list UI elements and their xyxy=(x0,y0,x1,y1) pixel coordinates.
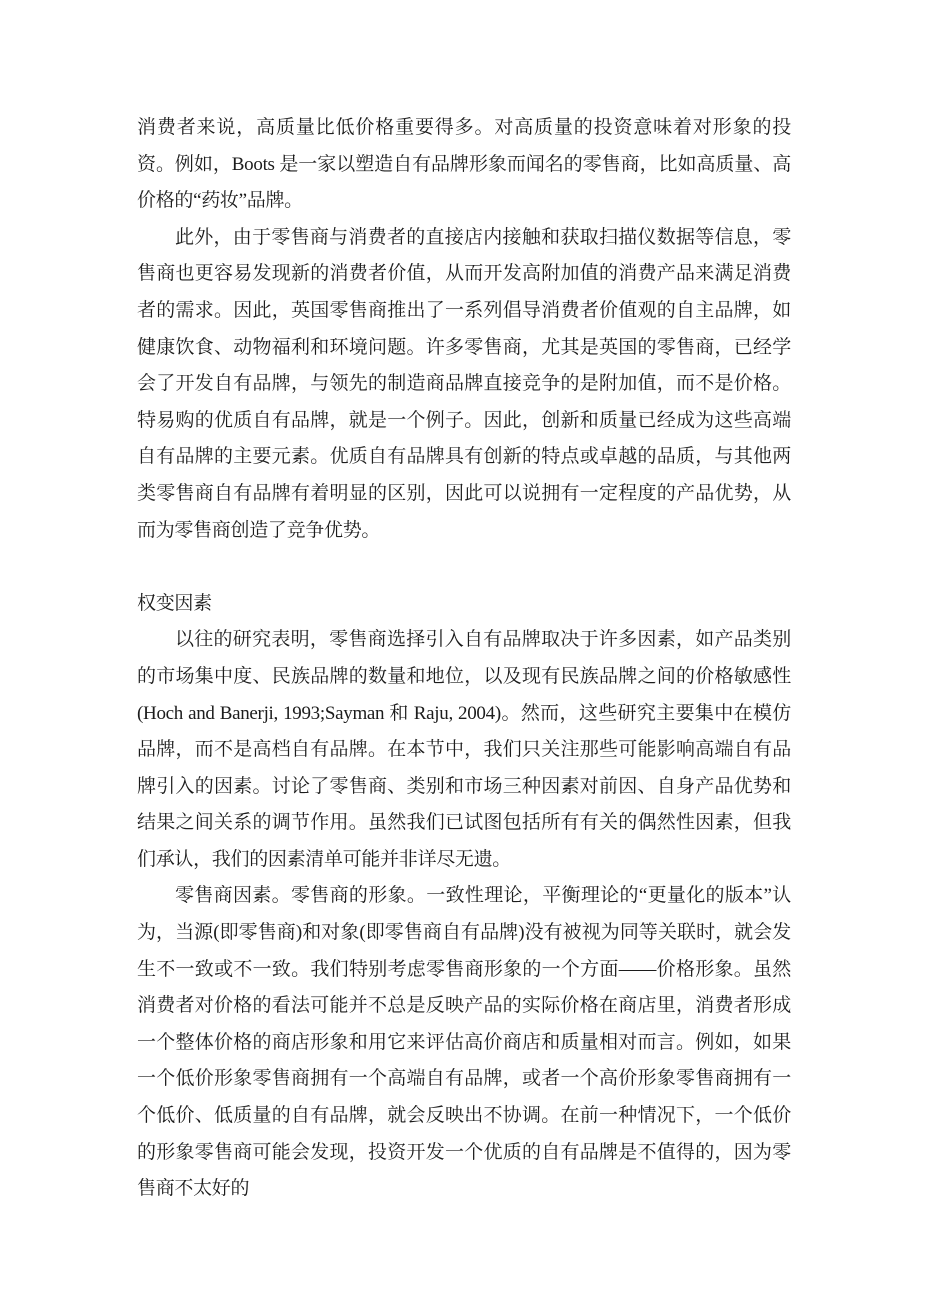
document-content: 消费者来说，高质量比低价格重要得多。对高质量的投资意味着对形象的投资。例如，Bo… xyxy=(137,110,791,1208)
section-heading: 权变因素 xyxy=(137,586,791,623)
paragraph-continued: 消费者来说，高质量比低价格重要得多。对高质量的投资意味着对形象的投资。例如，Bo… xyxy=(137,110,791,220)
document-page: 消费者来说，高质量比低价格重要得多。对高质量的投资意味着对形象的投资。例如，Bo… xyxy=(0,0,926,1309)
paragraph-body: 以往的研究表明，零售商选择引入自有品牌取决于许多因素，如产品类别的市场集中度、民… xyxy=(137,622,791,878)
paragraph-body: 此外，由于零售商与消费者的直接店内接触和获取扫描仪数据等信息，零售商也更容易发现… xyxy=(137,220,791,549)
paragraph-body: 零售商因素。零售商的形象。一致性理论，平衡理论的“更量化的版本”认为，当源(即零… xyxy=(137,878,791,1207)
